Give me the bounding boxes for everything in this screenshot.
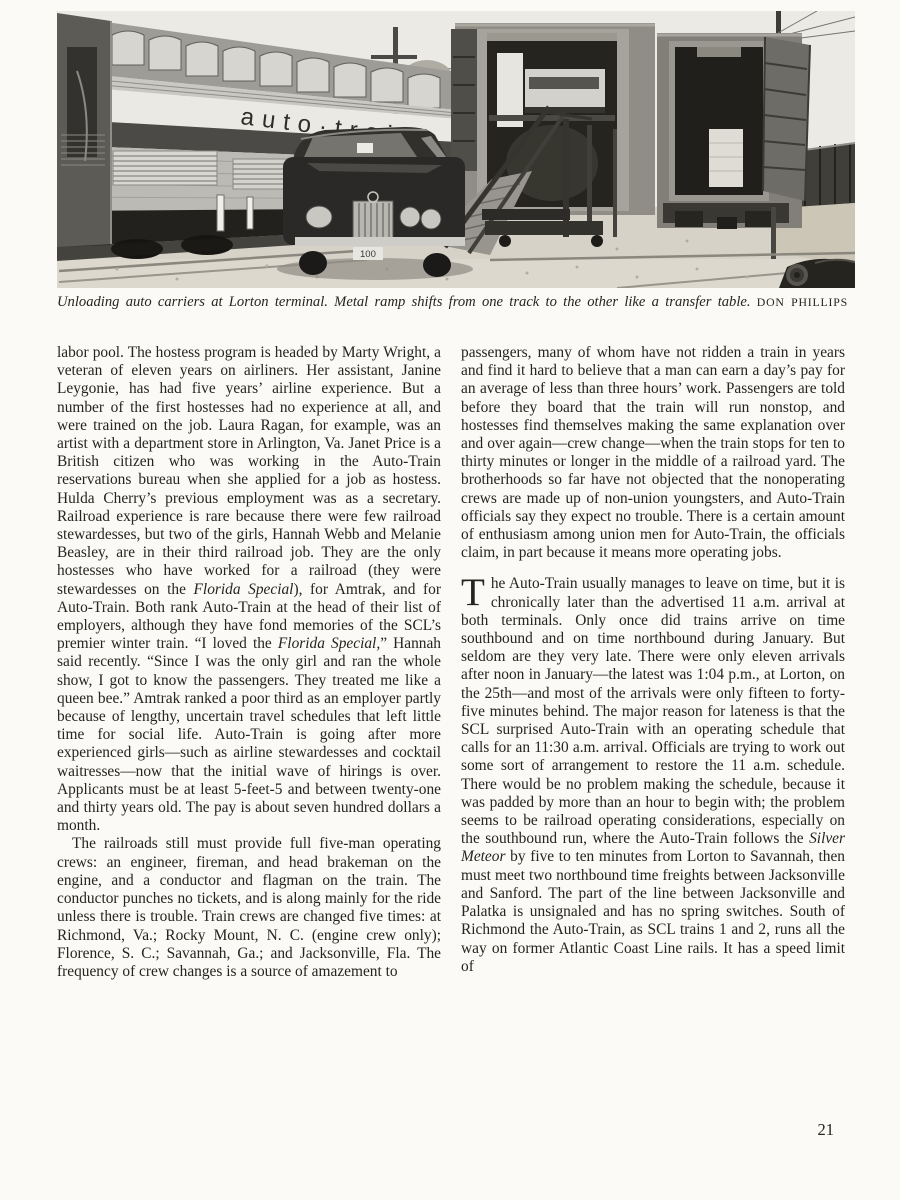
mercedes-sedan: 100 bbox=[283, 127, 465, 277]
text-run: Unloading auto carriers at Lorton termin… bbox=[57, 294, 757, 310]
photo-figure: auto·train bbox=[57, 11, 855, 288]
text-column-left: labor pool. The hostess program is heade… bbox=[57, 344, 441, 981]
article-body: labor pool. The hostess program is heade… bbox=[57, 344, 845, 981]
photo-unloading-auto-carriers: auto·train bbox=[57, 11, 855, 288]
chrome-bumper bbox=[295, 237, 465, 246]
dome-car-front-end bbox=[57, 13, 111, 247]
text-run: labor pool. The hostess program is heade… bbox=[57, 344, 441, 598]
license-plate-text: 100 bbox=[360, 249, 376, 260]
auto-carrier-right bbox=[657, 33, 810, 259]
text-column-right: passengers, many of whom have not ridden… bbox=[461, 344, 845, 981]
text-run: by five to ten minutes from Lorton to Sa… bbox=[461, 848, 845, 974]
text-run: Florida Special, bbox=[278, 635, 380, 652]
text-run: passengers, many of whom have not ridden… bbox=[461, 344, 845, 561]
text-run: he Auto-Train usually manages to leave o… bbox=[461, 575, 845, 847]
page-number: 21 bbox=[818, 1120, 835, 1140]
drop-cap: T bbox=[461, 575, 491, 608]
article-paragraph: labor pool. The hostess program is heade… bbox=[57, 344, 441, 835]
text-run: Florida Special bbox=[194, 581, 294, 598]
text-run: DON PHILLIPS bbox=[757, 295, 848, 309]
text-run: ” Hannah said recently. “Since I was the… bbox=[57, 635, 441, 834]
article-paragraph: The railroads still must provide full fi… bbox=[57, 835, 441, 981]
text-run: The railroads still must provide full fi… bbox=[57, 835, 441, 979]
article-paragraph: passengers, many of whom have not ridden… bbox=[461, 344, 845, 562]
magazine-page: auto·train bbox=[0, 0, 900, 1200]
wheel bbox=[423, 253, 451, 277]
loaded-automobile bbox=[525, 69, 605, 113]
auto-carrier-center bbox=[451, 23, 655, 215]
article-paragraph: The Auto-Train usually manages to leave … bbox=[461, 575, 845, 975]
interior-placard bbox=[709, 129, 743, 187]
photo-caption: Unloading auto carriers at Lorton termin… bbox=[57, 293, 848, 311]
wheel bbox=[299, 251, 327, 275]
